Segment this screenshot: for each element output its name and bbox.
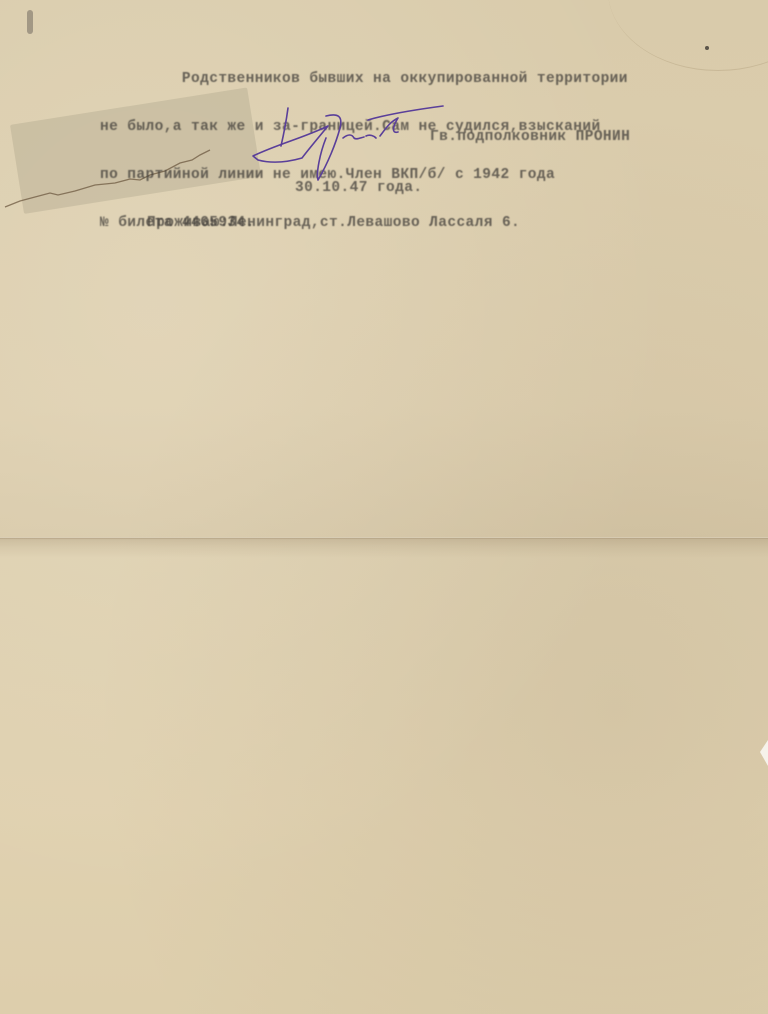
paper-edge-nick [760,740,768,766]
signer-title: Гв.подполковник ПРОНИН [430,129,630,145]
paper-fold-line [0,537,768,540]
handwritten-signature [248,98,448,188]
body-line: Родственников бывших на оккупированной т… [100,71,628,87]
fold-shadow [0,540,768,558]
document-date: 30.10.47 года. [295,180,422,196]
pencil-mark [27,10,33,34]
residence-address: Проживаю:Ленинград,ст.Левашово Лассаля 6… [147,215,520,231]
ink-dot [705,46,709,50]
